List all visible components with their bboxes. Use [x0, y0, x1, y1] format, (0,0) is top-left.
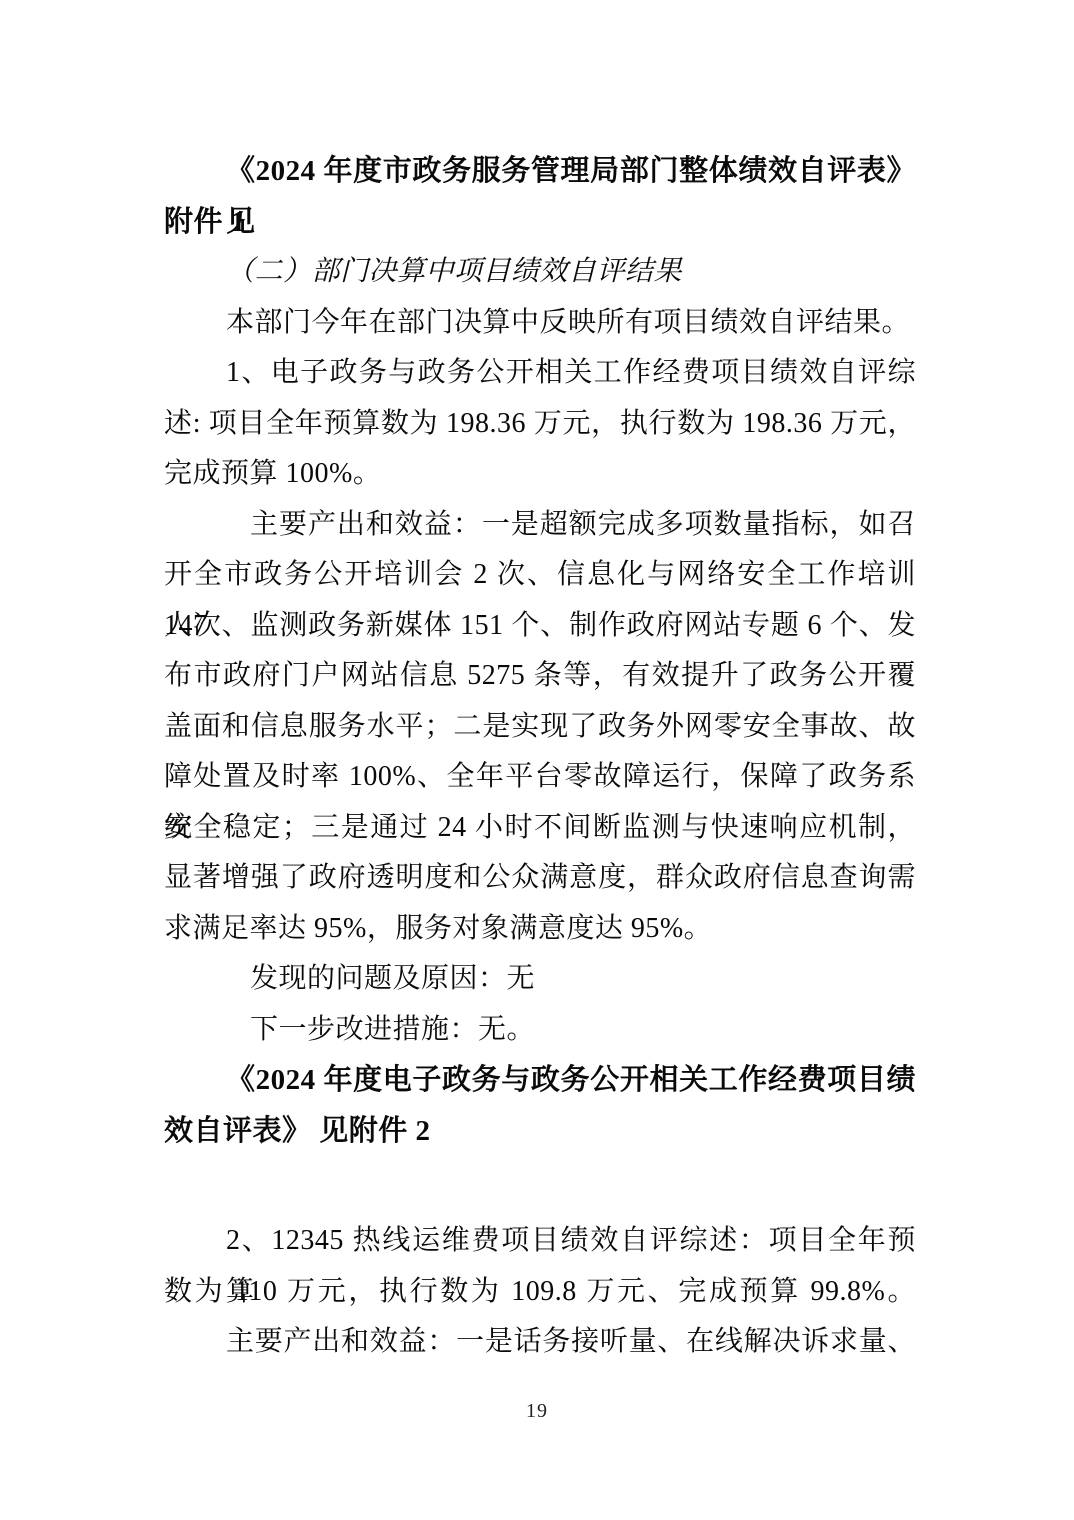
project2-summary-line2: 数为 110 万元，执行数为 109.8 万元、完成预算 99.8%。 [164, 1267, 916, 1318]
project1-output-line3: 人次、监测政务新媒体 151 个、制作政府网站专题 6 个、发 [164, 601, 916, 652]
intro-paragraph-line: 本部门今年在部门决算中反映所有项目绩效自评结果。 [164, 298, 916, 349]
project1-summary-line3: 完成预算 100%。 [164, 449, 916, 500]
project2-output-line1: 主要产出和效益：一是话务接听量、在线解决诉求量、 [164, 1317, 916, 1368]
project1-output-line9: 求满足率达 95%，服务对象满意度达 95%。 [164, 904, 916, 955]
project1-summary-line2: 述: 项目全年预算数为 198.36 万元，执行数为 198.36 万元， [164, 399, 916, 450]
project1-output-line2: 开全市政务公开培训会 2 次、信息化与网络安全工作培训 147 [164, 550, 916, 601]
project1-output-line8: 显著增强了政府透明度和公众满意度，群众政府信息查询需 [164, 853, 916, 904]
attachment1-ref-heading-line2: 附件 1 [164, 197, 916, 248]
attachment1-ref-heading-line1: 《2024 年度市政务服务管理局部门整体绩效自评表》见 [164, 146, 916, 197]
project2-summary-line1: 2、12345 热线运维费项目绩效自评综述：项目全年预算 [164, 1216, 916, 1267]
project1-improvement-line: 下一步改进措施：无。 [164, 1005, 916, 1056]
blank-line-spacer [164, 1156, 916, 1216]
document-page: 《2024 年度市政务服务管理局部门整体绩效自评表》见 附件 1 （二）部门决算… [0, 0, 1074, 1520]
project1-summary-line1: 1、电子政务与政务公开相关工作经费项目绩效自评综 [164, 348, 916, 399]
project1-problems-line: 发现的问题及原因：无 [164, 954, 916, 1005]
project1-output-line6: 障处置及时率 100%、全年平台零故障运行，保障了政务系统 [164, 752, 916, 803]
document-body: 《2024 年度市政务服务管理局部门整体绩效自评表》见 附件 1 （二）部门决算… [164, 146, 916, 1368]
project1-output-line4: 布市政府门户网站信息 5275 条等，有效提升了政务公开覆 [164, 651, 916, 702]
page-number: 19 [0, 1400, 1074, 1423]
project1-output-line5: 盖面和信息服务水平；二是实现了政务外网零安全事故、故 [164, 702, 916, 753]
project1-output-line1: 主要产出和效益：一是超额完成多项数量指标，如召 [164, 500, 916, 551]
attachment2-ref-heading-line1: 《2024 年度电子政务与政务公开相关工作经费项目绩 [164, 1055, 916, 1106]
project1-output-line7: 安全稳定；三是通过 24 小时不间断监测与快速响应机制， [164, 803, 916, 854]
attachment2-ref-heading-line2: 效自评表》 见附件 2 [164, 1106, 916, 1157]
section-2-heading: （二）部门决算中项目绩效自评结果 [164, 247, 916, 298]
